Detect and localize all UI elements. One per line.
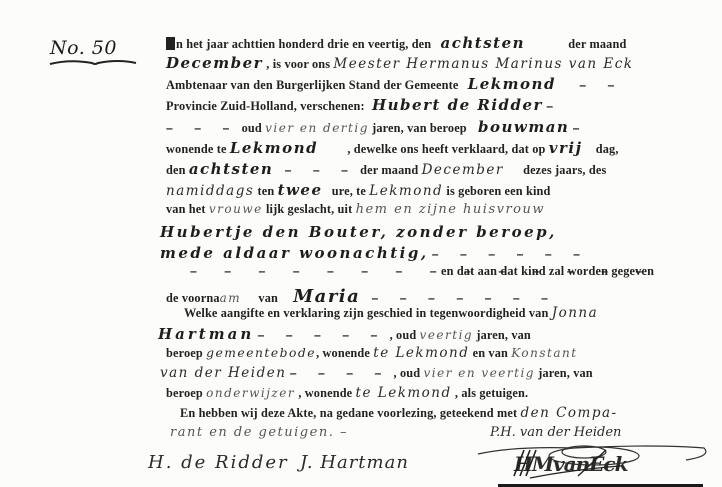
handwritten-witness2-residence: te Lekmond bbox=[356, 385, 452, 401]
birth-record-page: No. 50 n het jaar achttien honderd drie … bbox=[0, 0, 722, 487]
handwritten-father-occupation: bouwman bbox=[478, 118, 569, 136]
printed-text: dezes jaars, des bbox=[523, 163, 606, 177]
filler-dashes: – – – – – – bbox=[432, 247, 589, 261]
handwritten-witness2-occupation: onderwijzer bbox=[206, 386, 295, 400]
handwritten-birth-place: Lekmond bbox=[369, 183, 443, 199]
text-line: Welke aangifte en verklaring zijn geschi… bbox=[184, 305, 598, 321]
filler-dashes: – – – – bbox=[290, 366, 391, 380]
handwritten-witness2-firstname: Konstant bbox=[511, 346, 577, 360]
printed-text: n het jaar achttien honderd drie en veer… bbox=[176, 37, 431, 51]
handwritten-time-of-day: namiddags bbox=[166, 183, 254, 199]
printed-text: jaren, van beroep bbox=[372, 121, 467, 135]
printed-text: , als getuigen. bbox=[455, 386, 528, 400]
handwritten-father-name: Hubert de Ridder bbox=[372, 96, 543, 114]
text-line: En hebben wij deze Akte, na gedane voorl… bbox=[180, 405, 618, 421]
handwritten-mother-name: Hubertje den Bouter, zonder beroep, bbox=[160, 223, 557, 241]
handwritten-registrar-name: Meester Hermanus Marinus van Eck bbox=[333, 56, 633, 72]
text-line: namiddags ten twee ure, te Lekmond is ge… bbox=[166, 181, 551, 199]
printed-text: der maand bbox=[568, 37, 626, 51]
handwritten-text: den Compa- bbox=[520, 405, 617, 421]
handwritten-municipality: Lekmond bbox=[468, 75, 556, 93]
handwritten-mother-residence: mede aldaar woonachtig, bbox=[160, 244, 429, 262]
printed-text: dag, bbox=[596, 142, 619, 156]
printed-text: Welke aangifte en verklaring zijn geschi… bbox=[184, 306, 548, 320]
printed-text: En hebben wij deze Akte, na gedane voorl… bbox=[180, 406, 517, 420]
handwritten-birth-day: achtsten bbox=[189, 160, 274, 178]
printed-text: Ambtenaar van den Burgerlijken Stand der… bbox=[166, 78, 458, 92]
text-line: rant en de getuigen. – bbox=[170, 425, 348, 440]
signature-witness: J. Hartman bbox=[300, 452, 409, 473]
handwritten-witness2-surname: van der Heiden bbox=[160, 365, 286, 381]
text-line: van het vrouwe lijk geslacht, uit hem en… bbox=[166, 202, 545, 217]
text-line: Hubertje den Bouter, zonder beroep, bbox=[160, 223, 557, 241]
printed-text: der maand bbox=[360, 163, 418, 177]
printed-text: , oud bbox=[390, 328, 417, 342]
handwritten-residence: Lekmond bbox=[230, 139, 318, 157]
printed-text: , wonende bbox=[298, 386, 352, 400]
text-line: wonende te Lekmond , dewelke ons heeft v… bbox=[166, 139, 619, 157]
printed-text: Provincie Zuid-Holland, verschenen: bbox=[166, 99, 365, 113]
text-line: . bbox=[166, 267, 169, 282]
printed-text: van het bbox=[166, 202, 206, 216]
text-line: n het jaar achttien honderd drie en veer… bbox=[166, 34, 626, 52]
printed-text: , is voor ons bbox=[266, 57, 330, 71]
handwritten-weekday: vrij bbox=[549, 139, 583, 157]
handwritten-witness1-age: veertig bbox=[420, 328, 474, 342]
filler-dashes: – bbox=[573, 121, 589, 135]
printed-text: van bbox=[258, 291, 278, 305]
handwritten-day: achtsten bbox=[441, 34, 526, 52]
handwritten-parentage: hem en zijne huisvrouw bbox=[356, 202, 545, 217]
signature-father: H. de Ridder bbox=[148, 452, 289, 473]
printed-text: lijk geslacht, uit bbox=[266, 202, 352, 216]
handwritten-witness1-residence: te Lekmond bbox=[373, 345, 469, 361]
handwritten-witness1-occupation: gemeentebode bbox=[206, 346, 316, 360]
printed-text: beroep bbox=[166, 386, 203, 400]
text-line: beroep gemeentebode, wonende te Lekmond … bbox=[166, 345, 578, 361]
handwritten-text: am bbox=[220, 291, 242, 305]
text-line: den achtsten – – – der maand December de… bbox=[166, 160, 606, 178]
text-line: Ambtenaar van den Burgerlijken Stand der… bbox=[166, 75, 623, 93]
handwritten-witness1-surname: Hartman bbox=[158, 325, 254, 343]
printed-text: en van bbox=[473, 346, 508, 360]
printed-text: den bbox=[166, 163, 186, 177]
handwritten-sex: vrouwe bbox=[209, 202, 263, 216]
text-line: beroep onderwijzer , wonende te Lekmond … bbox=[166, 385, 528, 401]
filler-dashes: – bbox=[546, 99, 562, 113]
printed-text: jaren, van bbox=[538, 366, 593, 380]
text-line: Provincie Zuid-Holland, verschenen: Hube… bbox=[166, 96, 562, 114]
filler-dashes: – – – – – – – – – – – – – – bbox=[190, 264, 654, 278]
record-number: No. 50 bbox=[50, 37, 117, 59]
printed-text: jaren, van bbox=[476, 328, 531, 342]
filler-dashes: – – – bbox=[285, 163, 357, 177]
printed-text: beroep bbox=[166, 346, 203, 360]
handwritten-birth-month: December bbox=[422, 162, 504, 178]
handwritten-father-age: vier en dertig bbox=[265, 121, 369, 135]
filler-dashes: – – – – – bbox=[257, 328, 386, 342]
official-signature-strokes-icon bbox=[510, 446, 630, 480]
drop-cap-I bbox=[166, 37, 175, 50]
handwritten-witness2-age: vier en veertig bbox=[424, 366, 535, 380]
filler-dashes: – – bbox=[579, 78, 623, 92]
text-line: mede aldaar woonachtig, – – – – – – bbox=[160, 244, 589, 262]
text-line: Hartman – – – – – , oud veertig jaren, v… bbox=[158, 325, 531, 343]
filler-dashes: – – – bbox=[166, 121, 238, 135]
filler-dashes: – – – – – – – bbox=[372, 291, 557, 305]
flourish-underline-icon bbox=[48, 58, 138, 68]
handwritten-child-name: Maria bbox=[293, 286, 360, 307]
printed-text: ten bbox=[258, 184, 275, 198]
printed-text: is geboren een kind bbox=[446, 184, 550, 198]
text-line: de voornaam van Maria – – – – – – – bbox=[166, 286, 557, 307]
handwritten-month: December bbox=[166, 54, 263, 72]
text-line: van der Heiden – – – – , oud vier en vee… bbox=[160, 365, 593, 381]
filler-line: – – – – – – – – – – – – – – bbox=[190, 264, 654, 279]
text-line: – – – oud vier en dertig jaren, van bero… bbox=[166, 118, 588, 136]
handwritten-hour: twee bbox=[278, 181, 323, 199]
printed-text: , wonende bbox=[316, 346, 370, 360]
handwritten-witness1-firstname: Jonna bbox=[552, 305, 598, 321]
printed-text: , oud bbox=[394, 366, 421, 380]
printed-text: oud bbox=[242, 121, 262, 135]
printed-text: de voorna bbox=[166, 291, 220, 305]
printed-text: , dewelke ons heeft verklaard, dat op bbox=[347, 142, 545, 156]
handwritten-text: rant en de getuigen. – bbox=[170, 425, 348, 440]
text-line: December , is voor ons Meester Hermanus … bbox=[166, 54, 634, 72]
printed-text: wonende te bbox=[166, 142, 227, 156]
printed-text: ure, te bbox=[332, 184, 366, 198]
